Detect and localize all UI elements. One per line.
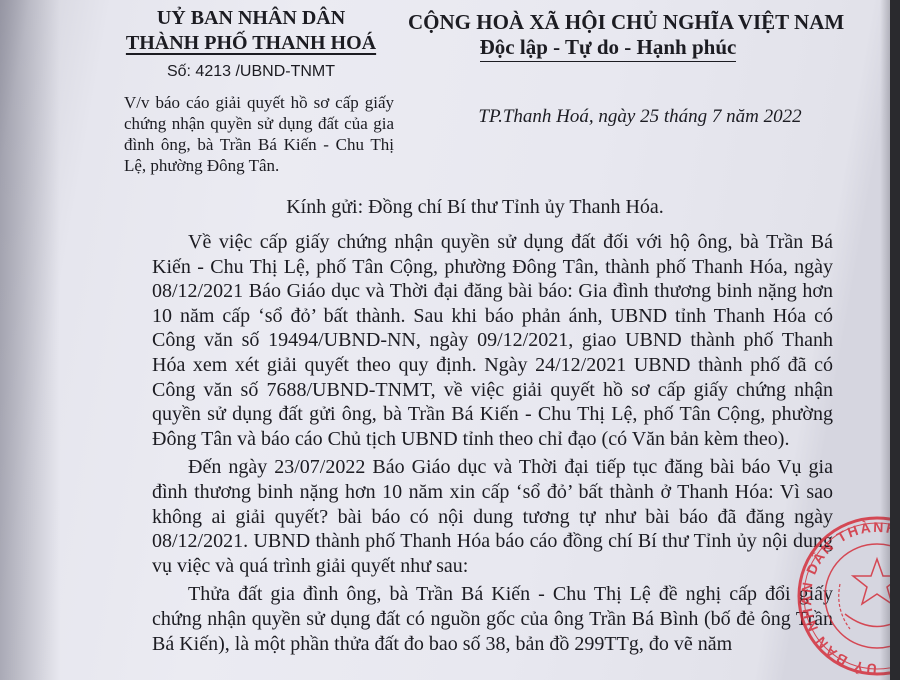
body-paragraph: Thửa đất gia đình ông, bà Trần Bá Kiến -… [152, 582, 833, 656]
agency-line-1: UỶ BAN NHÂN DÂN [106, 6, 396, 31]
document-body: Về việc cấp giấy chứng nhận quyền sử dụn… [152, 230, 833, 660]
document-subject: V/v báo cáo giải quyết hồ sơ cấp giấy ch… [124, 92, 394, 176]
place-date: TP.Thanh Hoá, ngày 25 tháng 7 năm 2022 [460, 106, 820, 128]
issuing-agency: UỶ BAN NHÂN DÂN THÀNH PHỐ THANH HOÁ [106, 6, 396, 56]
body-paragraph: Về việc cấp giấy chứng nhận quyền sử dụn… [152, 230, 833, 451]
svg-text:UỶ BAN NHÂN DÂN THÀNH PHỐ THAN: UỶ BAN NHÂN DÂN THÀNH PHỐ THANH HOÁ [797, 519, 890, 677]
national-motto: Độc lập - Tự do - Hạnh phúc [408, 34, 808, 60]
official-seal-icon: UỶ BAN NHÂN DÂN THÀNH PHỐ THANH HOÁ [795, 514, 890, 679]
agency-line-2: THÀNH PHỐ THANH HOÁ [106, 31, 396, 56]
document-number: Số: 4213 /UBND-TNMT [106, 63, 396, 81]
national-title: CỘNG HOÀ XÃ HỘI CHỦ NGHĨA VIỆT NAM [408, 9, 808, 35]
body-paragraph: Đến ngày 23/07/2022 Báo Giáo dục và Thời… [152, 455, 833, 578]
recipient: Kính gửi: Đồng chí Bí thư Tỉnh ủy Thanh … [150, 196, 800, 219]
document-page: UỶ BAN NHÂN DÂN THÀNH PHỐ THANH HOÁ Số: … [0, 0, 890, 680]
page-shadow [0, 0, 60, 680]
